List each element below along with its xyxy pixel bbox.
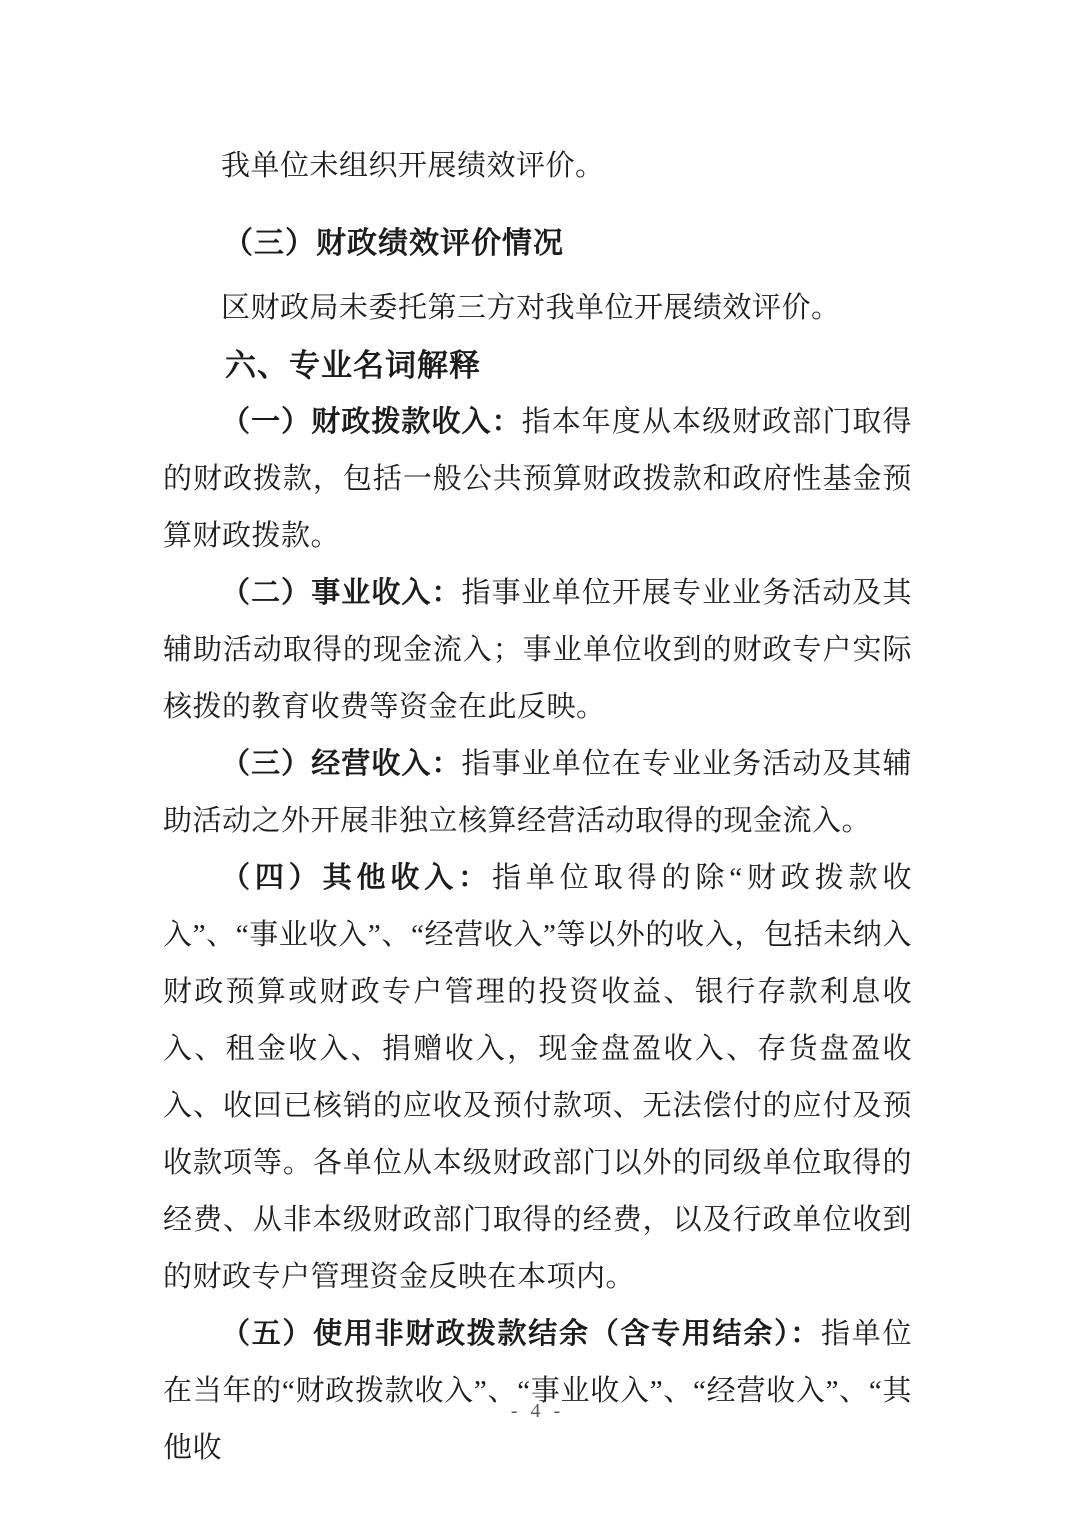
term-definition-other-income: 指单位取得的除“财政拨款收入”、“事业收入”、“经营收入”等以外的收入，包括未纳…: [163, 862, 912, 1293]
paragraph-term-non-fiscal-surplus: （五）使用非财政拨款结余（含专用结余）：指单位在当年的“财政拨款收入”、“事业收…: [163, 1306, 912, 1477]
term-lead-business-income: （二）事业收入：: [221, 577, 462, 609]
document-page: 我单位未组织开展绩效评价。 （三）财政绩效评价情况 区财政局未委托第三方对我单位…: [0, 0, 1075, 1520]
paragraph-term-operating-income: （三）经营收入：指事业单位在专业业务活动及其辅助活动之外开展非独立核算经营活动取…: [163, 736, 912, 850]
paragraph-term-other-income: （四）其他收入：指单位取得的除“财政拨款收入”、“事业收入”、“经营收入”等以外…: [163, 850, 912, 1306]
paragraph-term-fiscal-appropriation-income: （一）财政拨款收入：指本年度从本级财政部门取得的财政拨款，包括一般公共预算财政拨…: [163, 394, 912, 565]
term-lead-other-income: （四）其他收入：: [221, 862, 492, 894]
term-lead-operating-income: （三）经营收入：: [221, 748, 462, 780]
paragraph-performance-evaluation-note: 我单位未组织开展绩效评价。: [163, 138, 912, 195]
paragraph-third-party-note: 区财政局未委托第三方对我单位开展绩效评价。: [163, 280, 912, 337]
document-content: 我单位未组织开展绩效评价。 （三）财政绩效评价情况 区财政局未委托第三方对我单位…: [163, 138, 912, 1477]
term-lead-fiscal-appropriation-income: （一）财政拨款收入：: [221, 406, 522, 438]
heading-terminology-section: 六、专业名词解释: [163, 337, 912, 394]
term-lead-non-fiscal-surplus: （五）使用非财政拨款结余（含专用结余）：: [221, 1318, 821, 1350]
paragraph-term-business-income: （二）事业收入：指事业单位开展专业业务活动及其辅助活动取得的现金流入；事业单位收…: [163, 565, 912, 736]
page-number: - 4 -: [0, 1400, 1075, 1423]
heading-fiscal-performance-evaluation: （三）财政绩效评价情况: [163, 215, 912, 272]
